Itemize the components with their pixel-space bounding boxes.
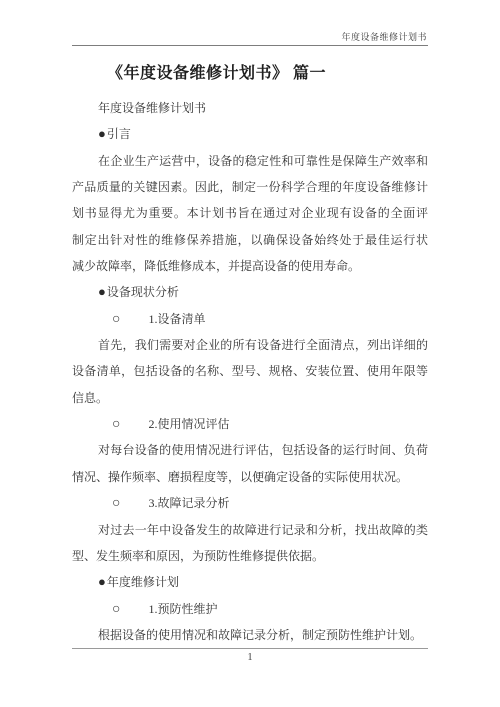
paragraph-line: 首先，我们需要对企业的所有设备进行全面清点，列出详细的 [72,332,428,358]
section-heading-line: ●设备现状分析 [72,279,428,305]
subsection-heading-line: ○3.故障记录分析 [72,490,428,516]
subsection-heading-text: 3.故障记录分析 [148,496,229,510]
document-body: 年度设备维修计划书 ●引言 在企业生产运营中，设备的稳定性和可靠性是保障生产效率… [72,95,428,648]
paragraph-line: 制定出针对性的维修保养措施，以确保设备始终处于最佳运行状态， [72,227,428,253]
filled-bullet-icon: ● [98,569,106,595]
paragraph-line: 型、发生频率和原因，为预防性维修提供依据。 [72,543,428,569]
paragraph-line: 对每台设备的使用情况进行评估，包括设备的运行时间、负荷 [72,437,428,463]
open-circle-bullet-icon: ○ [112,597,120,622]
subsection-heading-line: ○1.设备清单 [72,306,428,332]
subsection-heading-text: 1.设备清单 [148,312,205,326]
section-heading-text: 引言 [107,127,131,141]
section-heading-line: ●引言 [72,121,428,147]
page-number: 1 [72,652,428,663]
paragraph-line: 在企业生产运营中，设备的稳定性和可靠性是保障生产效率和 [72,148,428,174]
paragraph-line: 年度设备维修计划书 [72,95,428,121]
open-circle-bullet-icon: ○ [112,491,120,516]
section-heading-text: 年度维修计划 [107,575,179,589]
subsection-heading-text: 2.使用情况评估 [148,417,229,431]
open-circle-bullet-icon: ○ [112,412,120,437]
paragraph-line: 信息。 [72,385,428,411]
open-circle-bullet-icon: ○ [112,307,120,332]
document-page: 年度设备维修计划书 《年度设备维修计划书》 篇一 年度设备维修计划书 ●引言 在… [0,0,500,707]
footer-divider [72,648,428,649]
subsection-heading-text: 1.预防性维护 [148,602,217,616]
paragraph-line: 设备清单，包括设备的名称、型号、规格、安装位置、使用年限等 [72,358,428,384]
paragraph-line: 对过去一年中设备发生的故障进行记录和分析，找出故障的类 [72,517,428,543]
header-divider [72,45,428,46]
paragraph-line: 情况、操作频率、磨损程度等，以便确定设备的实际使用状况。 [72,464,428,490]
paragraph-line: 减少故障率，降低维修成本，并提高设备的使用寿命。 [72,253,428,279]
paragraph-line: 划书显得尤为重要。本计划书旨在通过对企业现有设备的全面评估， [72,200,428,226]
page-header-text: 年度设备维修计划书 [341,30,427,43]
filled-bullet-icon: ● [98,279,106,305]
section-heading-text: 设备现状分析 [107,285,179,299]
subsection-heading-line: ○1.预防性维护 [72,596,428,622]
document-title: 《年度设备维修计划书》 篇一 [107,60,326,83]
section-heading-line: ●年度维修计划 [72,569,428,595]
paragraph-line: 根据设备的使用情况和故障记录分析，制定预防性维护计划。 [72,622,428,648]
paragraph-line: 产品质量的关键因素。因此，制定一份科学合理的年度设备维修计 [72,174,428,200]
filled-bullet-icon: ● [98,121,106,147]
subsection-heading-line: ○2.使用情况评估 [72,411,428,437]
